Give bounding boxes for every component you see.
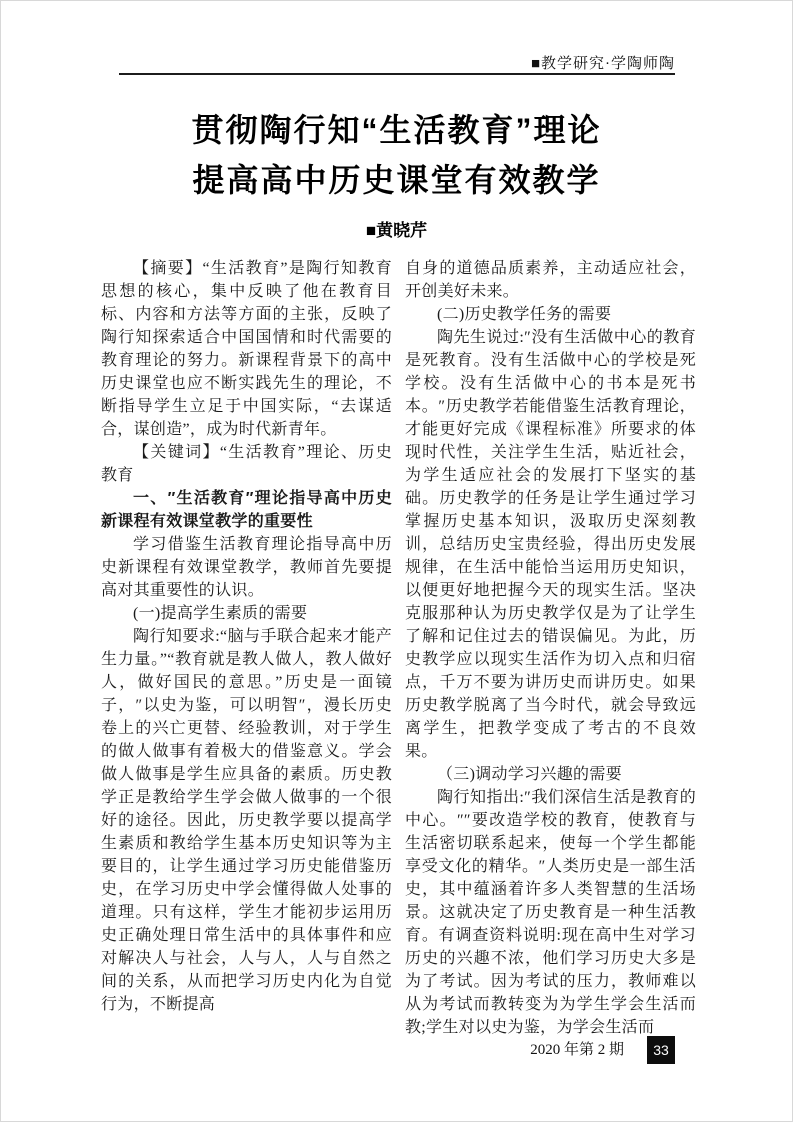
journal-section-header: ■教学研究·学陶师陶 (531, 52, 675, 73)
author-name: ■黄晓芹 (1, 216, 792, 241)
right-column: 自身的道德品质素养，主动适应社会，开创美好未来。(二)历史教学任务的需要陶先生说… (405, 257, 696, 1039)
body-paragraph: 学习借鉴生活教育理论指导高中历史新课程有效课堂教学，教师首先要提高对其重要性的认… (101, 533, 392, 602)
left-column: 【摘要】“生活教育”是陶行知教育思想的核心，集中反映了他在教育目标、内容和方法等… (101, 257, 392, 1039)
article-title: 贯彻陶行知“生活教育”理论 提高高中历史课堂有效教学 (1, 105, 792, 205)
article-title-line1: 贯彻陶行知“生活教育”理论 (1, 105, 792, 155)
body-paragraph: 陶行知要求:“脑与手联合起来才能产生力量。”“教育就是教人做人，教人做好人，做好… (101, 625, 392, 1016)
subsection-heading-3: （三)调动学习兴趣的需要 (405, 763, 696, 786)
article-page: ■教学研究·学陶师陶 贯彻陶行知“生活教育”理论 提高高中历史课堂有效教学 ■黄… (0, 0, 793, 1122)
body-paragraph: 陶行知指出:″我们深信生活是教育的中心。″″要改造学校的教育，使教育与生活密切联… (405, 786, 696, 1039)
body-paragraph-continuation: 自身的道德品质素养，主动适应社会，开创美好未来。 (405, 257, 696, 303)
subsection-heading-1: (一)提高学生素质的需要 (101, 602, 392, 625)
article-title-line2: 提高高中历史课堂有效教学 (1, 155, 792, 205)
page-number-badge: 33 (647, 1036, 675, 1064)
section-heading-1: 一、″生活教育″理论指导高中历史新课程有效课堂教学的重要性 (101, 487, 392, 533)
article-body: 【摘要】“生活教育”是陶行知教育思想的核心，集中反映了他在教育目标、内容和方法等… (101, 257, 696, 1039)
keywords: 【关键词】“生活教育”理论、历史教育 (101, 441, 392, 487)
subsection-heading-2: (二)历史教学任务的需要 (405, 303, 696, 326)
issue-label: 2020 年第 2 期 (530, 1038, 624, 1059)
body-paragraph: 陶先生说过:″没有生活做中心的教育是死教育。没有生活做中心的学校是死学校。没有生… (405, 326, 696, 763)
header-rule (119, 73, 675, 75)
abstract: 【摘要】“生活教育”是陶行知教育思想的核心，集中反映了他在教育目标、内容和方法等… (101, 257, 392, 441)
